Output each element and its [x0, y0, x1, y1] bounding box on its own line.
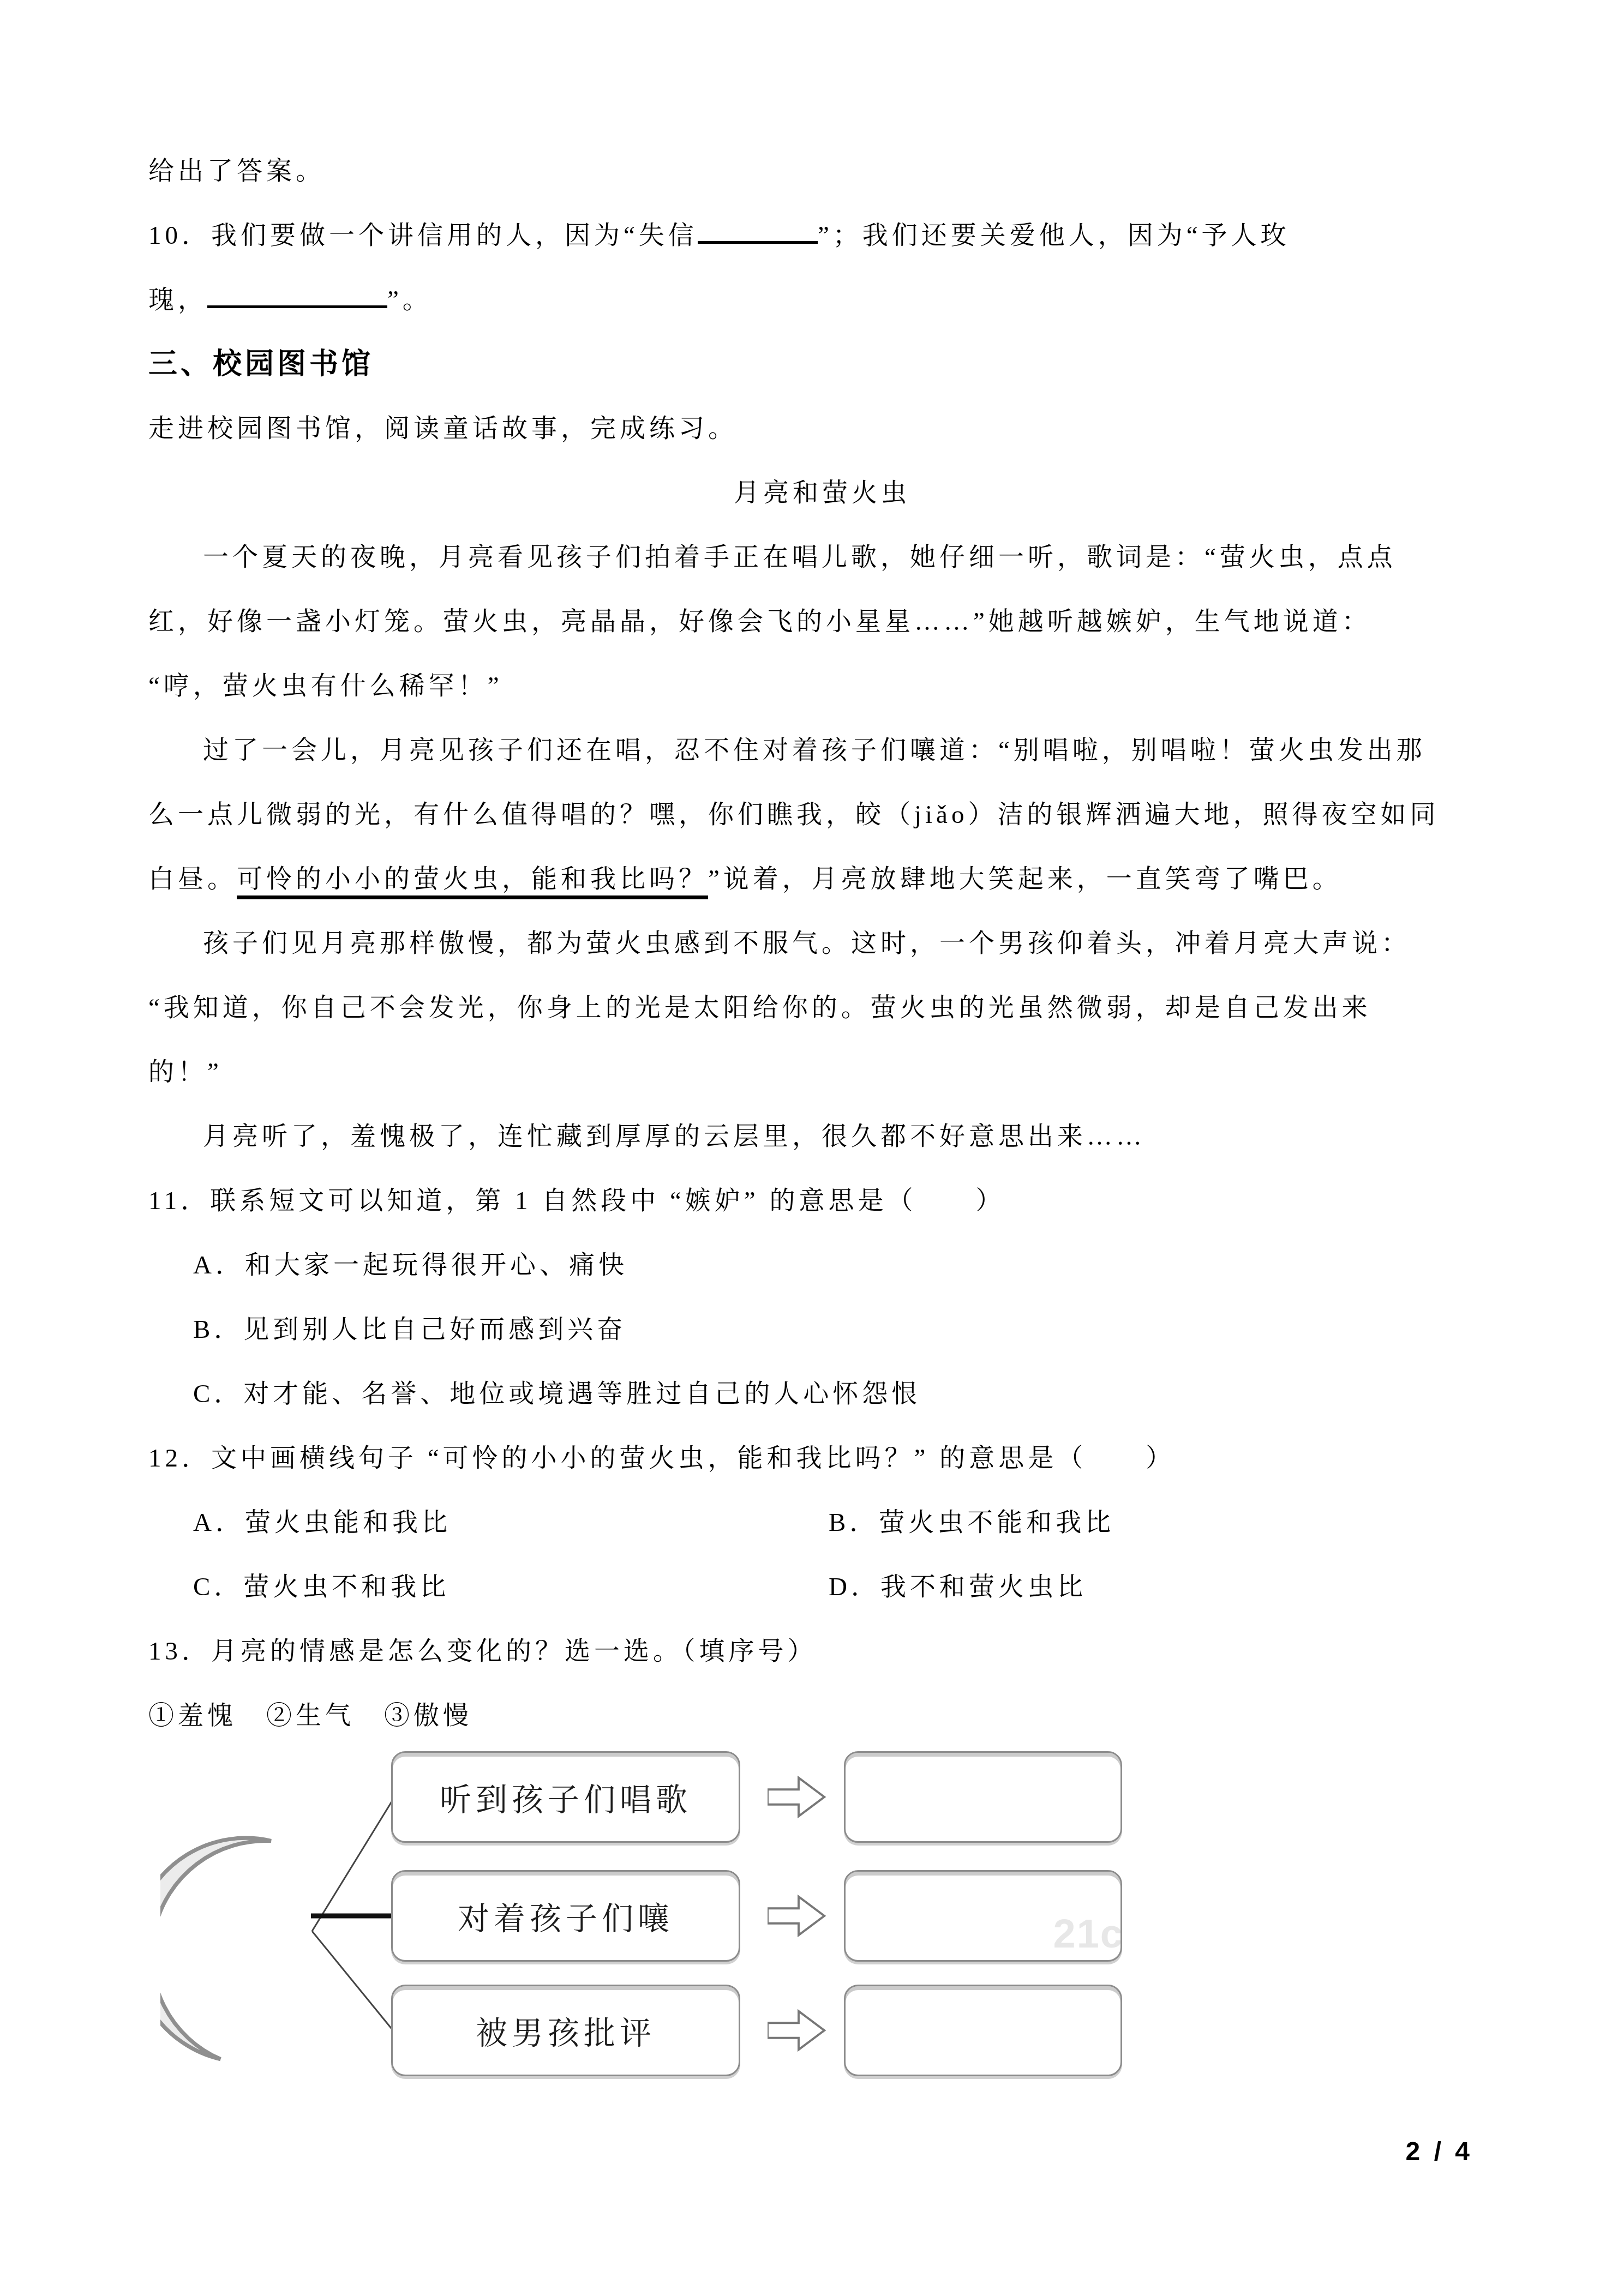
moon-icon — [160, 1833, 319, 2070]
answer-box-2: 21c — [844, 1870, 1122, 1962]
story-para2-line2: 么一点儿微弱的光，有什么值得唱的？嘿，你们瞧我，皎（jiǎo）洁的银辉洒遍大地，… — [148, 783, 1496, 847]
q12-option-c: C．萤火虫不和我比 — [193, 1555, 829, 1619]
event-label: 听到孩子们唱歌 — [440, 1774, 692, 1820]
section-3-instruction: 走进校园图书馆，阅读童话故事，完成练习。 — [148, 396, 1496, 461]
q10-text-part2: ”；我们还要关爱他人，因为“予人玫 — [818, 221, 1290, 250]
q10-line2-prefix: 瑰， — [148, 286, 207, 314]
event-box-1: 听到孩子们唱歌 — [391, 1751, 740, 1843]
q11-option-b: B．见到别人比自己好而感到兴奋 — [148, 1297, 1496, 1362]
story-para4: 月亮听了，羞愧极了，连忙藏到厚厚的云层里，很久都不好意思出来…… — [148, 1104, 1496, 1169]
fill-in-blank — [207, 284, 387, 308]
q11-option-c: C．对才能、名誉、地位或境遇等胜过自己的人心怀怨恨 — [148, 1362, 1496, 1426]
story-para2-line1: 过了一会儿，月亮见孩子们还在唱，忍不住对着孩子们嚷道：“别唱啦，别唱啦！萤火虫发… — [148, 718, 1496, 783]
underlined-sentence: 可怜的小小的萤火虫，能和我比吗？ — [237, 865, 708, 899]
para2-line3-post: ”说着，月亮放肆地大笑起来，一直笑弯了嘴巴。 — [708, 865, 1342, 893]
story-para3-line3: 的！” — [148, 1040, 1496, 1104]
q12-option-b: B．萤火虫不能和我比 — [829, 1508, 1114, 1537]
leading-line: 给出了答案。 — [148, 139, 1496, 203]
q11-option-a: A．和大家一起玩得很开心、痛快 — [148, 1233, 1496, 1297]
question-13-stem: 13．月亮的情感是怎么变化的？选一选。（填序号） — [148, 1619, 1496, 1684]
story-title: 月亮和萤火虫 — [148, 461, 1496, 525]
question-11-stem: 11．联系短文可以知道，第 1 自然段中 “嫉妒” 的意思是（ ） — [148, 1169, 1496, 1233]
story-para1-line1: 一个夏天的夜晚，月亮看见孩子们拍着手正在唱儿歌，她仔细一听，歌词是：“萤火虫，点… — [148, 525, 1496, 590]
fill-in-blank — [698, 219, 818, 244]
answer-box-1 — [844, 1751, 1122, 1843]
story-para1-line2: 红，好像一盏小灯笼。萤火虫，亮晶晶，好像会飞的小星星……”她越听越嫉妒，生气地说… — [148, 590, 1496, 654]
q13-choices: ①羞愧 ②生气 ③傲慢 — [148, 1684, 1496, 1748]
section-3-heading: 三、校园图书馆 — [148, 332, 1496, 396]
story-para2-line3: 白昼。可怜的小小的萤火虫，能和我比吗？”说着，月亮放肆地大笑起来，一直笑弯了嘴巴… — [148, 847, 1496, 911]
page-content: 给出了答案。 10．我们要做一个讲信用的人，因为“失信”；我们还要关爱他人，因为… — [148, 139, 1496, 2122]
answer-box-3 — [844, 1985, 1122, 2076]
question-10-line-1: 10．我们要做一个讲信用的人，因为“失信”；我们还要关爱他人，因为“予人玫 — [148, 203, 1496, 268]
question-10-line-2: 瑰，”。 — [148, 268, 1496, 332]
question-12-stem: 12．文中画横线句子 “可怜的小小的萤火虫，能和我比吗？” 的意思是（ ） — [148, 1426, 1496, 1490]
q10-line2-suffix: ”。 — [387, 286, 432, 314]
exam-page: 给出了答案。 10．我们要做一个讲信用的人，因为“失信”；我们还要关爱他人，因为… — [0, 0, 1624, 2296]
arrow-right-icon — [768, 2009, 826, 2052]
q10-text-part1: 10．我们要做一个讲信用的人，因为“失信 — [148, 221, 698, 250]
page-number: 2 / 4 — [1406, 2137, 1473, 2167]
arrow-right-icon — [768, 1894, 826, 1938]
q12-options-row-1: A．萤火虫能和我比B．萤火虫不能和我比 — [148, 1490, 1496, 1555]
event-label: 对着孩子们嚷 — [458, 1893, 674, 1939]
q12-option-d: D．我不和萤火虫比 — [829, 1573, 1087, 1601]
emotion-flow-diagram: 听到孩子们唱歌 对着孩子们嚷 21c 被男孩批评 — [148, 1751, 1496, 2122]
arrow-right-icon — [768, 1775, 826, 1819]
q12-option-a: A．萤火虫能和我比 — [193, 1490, 829, 1555]
story-para3-line1: 孩子们见月亮那样傲慢，都为萤火虫感到不服气。这时，一个男孩仰着头，冲着月亮大声说… — [148, 911, 1496, 976]
event-box-2: 对着孩子们嚷 — [391, 1870, 740, 1962]
watermark: 21c — [1053, 1910, 1122, 1957]
event-box-3: 被男孩批评 — [391, 1985, 740, 2076]
story-para3-line2: “我知道，你自己不会发光，你身上的光是太阳给你的。萤火虫的光虽然微弱，却是自己发… — [148, 976, 1496, 1040]
event-label: 被男孩批评 — [476, 2008, 656, 2053]
para2-line3-pre: 白昼。 — [148, 865, 237, 893]
story-para1-line3: “哼，萤火虫有什么稀罕！” — [148, 654, 1496, 718]
q12-options-row-2: C．萤火虫不和我比D．我不和萤火虫比 — [148, 1555, 1496, 1619]
